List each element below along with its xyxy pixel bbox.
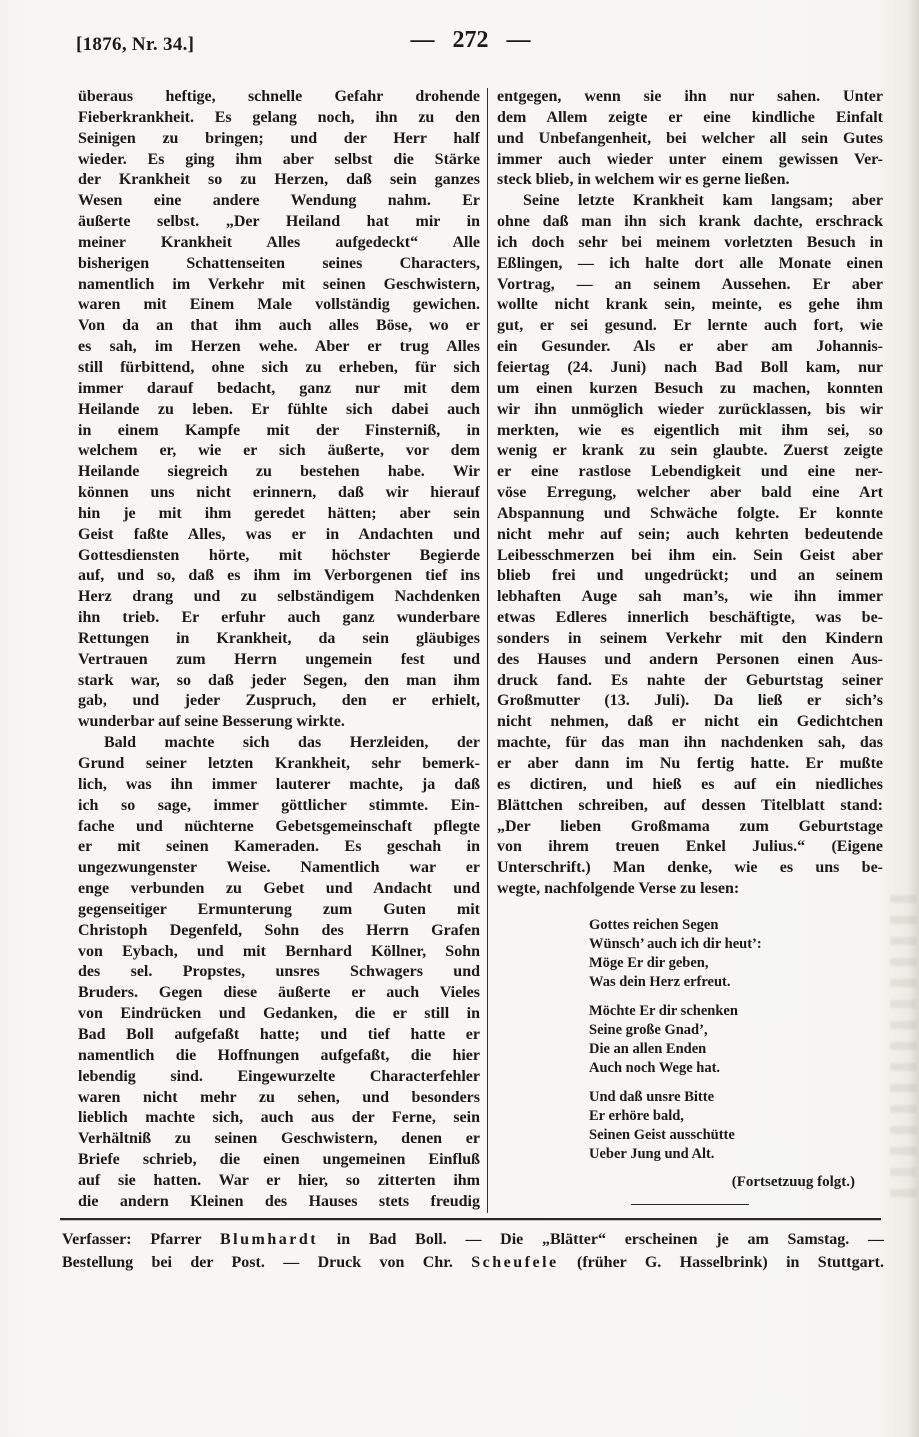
text-line: gut, er sei gesund. Er lernte auch fort,… [497,316,883,337]
poem-stanza: Und daß unsre BitteEr erhöre bald,Seinen… [589,1088,883,1164]
text-line: Bruders. Gegen diese äußerte er auch Vie… [78,983,480,1004]
text-line: wollte nicht krank sein, meinte, es gehe… [497,295,883,316]
text-line: welchem er, wie er sich äußerte, vor dem [78,441,480,462]
text-line: ich doch sehr bei meinem vorletzten Besu… [497,233,883,254]
text-line: wenig er krank zu sein glaubte. Zuerst z… [497,441,883,462]
text-line: Bad Boll aufgefaßt hatte; und tief hatte… [78,1025,480,1046]
text-line: Gottesdiensten hörte, mit höchster Begie… [78,546,480,567]
text-line: Fieberkrankheit. Es gelang noch, ihn zu … [78,108,480,129]
text-line: auf sie hatten. War er hier, so zitterte… [78,1171,480,1192]
text-line: feiertag (24. Juni) nach Bad Boll kam, n… [497,358,883,379]
text-line: ein Gesunder. Als er aber am Johannis- [497,337,883,358]
text-line: wir ihn unmöglich wieder zurücklassen, b… [497,400,883,421]
text-line: fache und nüchterne Gebetsgemeinschaft p… [78,817,480,838]
text-line: Heilande siegreich zu bestehen habe. Wir [78,462,480,483]
text-line: Abspannung und Schwäche folgte. Er konnt… [497,504,883,525]
scanned-newspaper-page: [1876, Nr. 34.] — 272 — überaus heftige,… [0,0,919,1437]
text-line: die andern Kleinen des Hauses stets freu… [78,1192,480,1213]
text-line: Rettungen in Krankheit, da sein gläubige… [78,629,480,650]
text-line: lich, was ihn immer lauterer machte, ja … [78,775,480,796]
text-line: Eßlingen, — ich halte dort alle Monate e… [497,254,883,275]
column-divider-rule [487,88,488,1213]
page-number: — 272 — [0,27,919,54]
text-line: und Unbefangenheit, bei welcher all sein… [497,129,883,150]
imprint-footer: Verfasser: Pfarrer Blumhardt in Bad Boll… [62,1229,884,1274]
imprint-text: Bestellung bei der Post. — Druck von Chr… [62,1254,471,1271]
text-line: überaus heftige, schnelle Gefahr drohend… [78,87,480,108]
poem-line: Möchte Er dir schenken [589,1002,883,1021]
text-line: lebhaften Auge sah man’s, wie ihn immer [497,587,883,608]
text-line: waren nicht mehr zu sehen, und besonders [78,1088,480,1109]
text-line: blieb frei und ungedrückt; und an seinem [497,566,883,587]
text-line: namentlich die Hoffnungen aufgefaßt, die… [78,1046,480,1067]
poem-line: Was dein Herz erfreut. [589,973,883,992]
text-line: „Der lieben Großmama zum Geburtstage [497,817,883,838]
text-line: des Hauses und andern Personen einen Aus… [497,650,883,671]
text-line: hin je mit ihm geredet hätten; aber sein [78,504,480,525]
text-line: Leibesschmerzen bei ihm ein. Sein Geist … [497,546,883,567]
text-line: ohne daß man ihn sich krank dachte, ersc… [497,212,883,233]
text-line: immer auch wieder unter einem gewissen V… [497,150,883,171]
text-line: gab, und jeder Zuspruch, den er erhielt, [78,691,480,712]
text-line: steck blieb, in welchem wir es gerne lie… [497,170,883,191]
text-line: um einen kurzen Besuch zu machen, konnte… [497,379,883,400]
text-line: er eine rastlose Lebendigkeit und eine n… [497,462,883,483]
imprint-line: Bestellung bei der Post. — Druck von Chr… [62,1252,884,1275]
text-line: nicht nehmen, daß er nicht ein Gedichtch… [497,712,883,733]
text-line: etwas Edleres innerlich beschäftigte, wa… [497,608,883,629]
text-line: von Eybach, und mit Bernhard Köllner, So… [78,942,480,963]
text-line: Seinigen zu bringen; und der Herr half [78,129,480,150]
text-line: stark war, so daß jeder Segen, den man i… [78,671,480,692]
text-line: Seine letzte Krankheit kam langsam; aber [497,191,883,212]
text-line: gegenseitiger Ermunterung zum Guten mit [78,900,480,921]
text-line: waren mit Einem Male vollständig gewiche… [78,295,480,316]
text-line: des sel. Propstes, unsres Schwagers und [78,962,480,983]
text-line: enge verbunden zu Gebet und Andacht und [78,879,480,900]
text-line: Wesen eine andere Wendung nahm. Er [78,191,480,212]
poem-line: Möge Er dir geben, [589,954,883,973]
text-line: können uns nicht erinnern, daß wir hiera… [78,483,480,504]
poem-line: Und daß unsre Bitte [589,1088,883,1107]
right-column: entgegen, wenn sie ihn nur sahen. Unterd… [497,87,883,1205]
text-line: Geist faßte Alles, was er in Andachten u… [78,525,480,546]
text-line: Vertrauen zum Herrn ungemein fest und [78,650,480,671]
imprint-text: Verfasser: Pfarrer [62,1231,220,1248]
poem-line: Wünsch’ auch ich dir heut’: [589,935,883,954]
text-line: Heilande zu leben. Er fühlte sich dabei … [78,400,480,421]
article-end-divider [631,1204,749,1205]
text-line: wegte, nachfolgende Verse zu lesen: [497,879,883,900]
text-line: Vortrag, — an seinem Aussehen. Er aber [497,275,883,296]
text-line: namentlich im Verkehr mit seinen Geschwi… [78,275,480,296]
text-line: Verhältniß zu seinen Geschwistern, denen… [78,1129,480,1150]
birthday-poem: Gottes reichen SegenWünsch’ auch ich dir… [589,916,883,1164]
text-line: nicht mehr auf sein; auch kehrten bedeut… [497,525,883,546]
text-line: druck fand. Es nahte der Geburtstag sein… [497,671,883,692]
poem-line: Die an allen Enden [589,1040,883,1059]
text-line: ungezwungenster Weise. Namentlich war er [78,858,480,879]
text-line: still fürbittend, ohne sich zu erheben, … [78,358,480,379]
text-line: Bald machte sich das Herzleiden, der [78,733,480,754]
text-line: wunderbar auf seine Besserung wirkte. [78,712,480,733]
text-line: wieder. Es ging ihm aber selbst die Stär… [78,150,480,171]
text-line: äußerte selbst. „Der Heiland hat mir in [78,212,480,233]
text-line: meiner Krankheit Alles aufgedeckt“ Alle [78,233,480,254]
continuation-note: (Fortsetzuug folgt.) [497,1174,883,1191]
poem-line: Seine große Gnad’, [589,1021,883,1040]
text-line: es dictiren, und hieß es auf ein niedlic… [497,775,883,796]
text-line: in einem Kampfe mit der Finsterniß, in [78,421,480,442]
left-column: überaus heftige, schnelle Gefahr drohend… [78,87,480,1213]
text-line: Grund seiner letzten Krankheit, sehr bem… [78,754,480,775]
text-line: machte, für das man ihn nachdenken sah, … [497,733,883,754]
text-line: Großmutter (13. Juli). Da ließ er sich’s [497,691,883,712]
text-line: Briefe schrieb, die einen ungemeinen Ein… [78,1150,480,1171]
imprint-text: in Bad Boll. — Die „Blätter“ erscheinen … [318,1231,884,1248]
imprint-name-emphasized: Scheufele [471,1254,558,1271]
text-line: von Eindrücken und Gedanken, die er stil… [78,1004,480,1025]
text-line: lebendig sind. Eingewurzelte Characterfe… [78,1067,480,1088]
text-line: Christoph Degenfeld, Sohn des Herrn Graf… [78,921,480,942]
text-line: immer darauf bedacht, ganz nur mit dem [78,379,480,400]
text-line: der Krankheit so zu Herzen, daß sein gan… [78,170,480,191]
text-line: von ihrem treuen Enkel Julius.“ (Eigene [497,837,883,858]
poem-line: Er erhöre bald, [589,1107,883,1126]
text-line: Von da an that ihm auch alles Böse, wo e… [78,316,480,337]
text-line: entgegen, wenn sie ihn nur sahen. Unter [497,87,883,108]
text-line: Herz drang und zu selbständigem Nachdenk… [78,587,480,608]
imprint-name-emphasized: Blumhardt [220,1231,318,1248]
text-line: Unterschrift.) Man denke, wie es uns be- [497,858,883,879]
text-line: ihn trieb. Er erfuhr auch ganz wunderbar… [78,608,480,629]
poem-line: Gottes reichen Segen [589,916,883,935]
text-line: er mit seinen Kameraden. Es geschah in [78,837,480,858]
poem-stanza: Möchte Er dir schenkenSeine große Gnad’,… [589,1002,883,1078]
imprint-text: (früher G. Hasselbrink) in Stuttgart. [559,1254,884,1271]
text-line: er aber dann im Nu fertig hatte. Er mußt… [497,754,883,775]
page-bleed-through [890,895,916,1205]
text-line: dem Allem zeigte er eine kindliche Einfa… [497,108,883,129]
text-line: bisherigen Schattenseiten seines Charact… [78,254,480,275]
text-line: Blättchen schreiben, auf dessen Titelbla… [497,796,883,817]
text-line: ich so sage, immer göttlicher stimmte. E… [78,796,480,817]
text-line: sonders in seinem Verkehr mit den Kinder… [497,629,883,650]
text-line: es sah, im Herzen wehe. Aber er trug All… [78,337,480,358]
footer-rule [60,1218,881,1220]
poem-stanza: Gottes reichen SegenWünsch’ auch ich dir… [589,916,883,992]
right-column-text: entgegen, wenn sie ihn nur sahen. Unterd… [497,87,883,900]
poem-line: Seinen Geist ausschütte [589,1126,883,1145]
text-line: lieblich machte sich, auch aus der Ferne… [78,1108,480,1129]
imprint-line: Verfasser: Pfarrer Blumhardt in Bad Boll… [62,1229,884,1252]
text-line: auf, und so, daß es ihm im Verborgenen t… [78,566,480,587]
text-line: vöse Erregung, welcher aber bald eine Ar… [497,483,883,504]
poem-line: Auch noch Wege hat. [589,1059,883,1078]
poem-line: Ueber Jung und Alt. [589,1145,883,1164]
text-line: merkten, wie es eigentlich mit ihm sei, … [497,421,883,442]
